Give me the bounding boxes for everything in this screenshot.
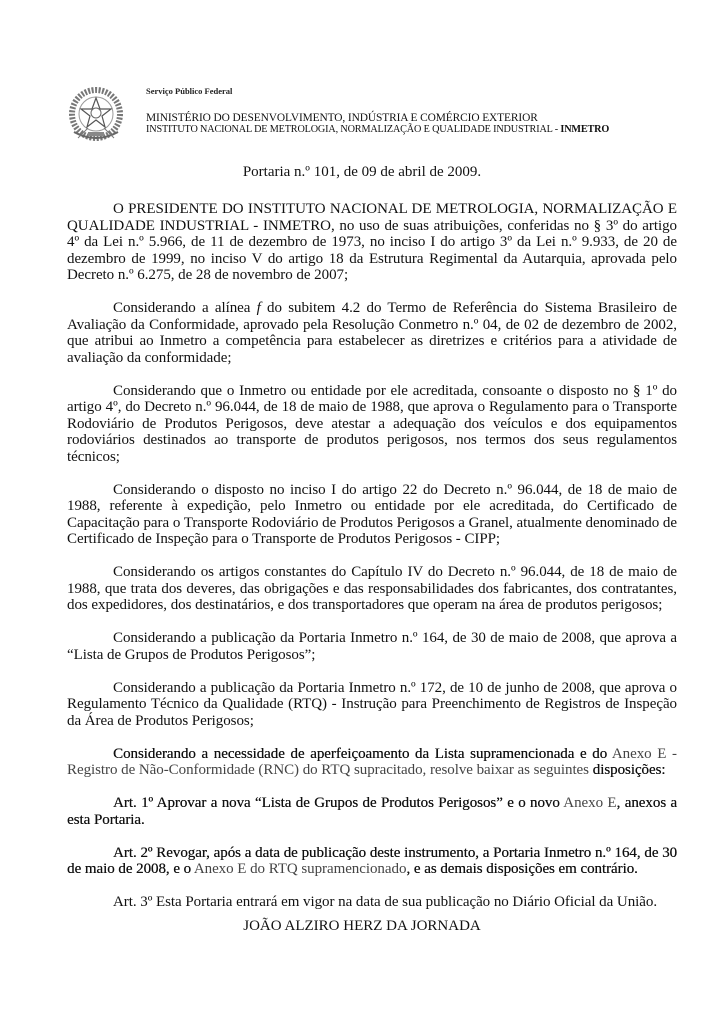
document-page: Serviço Público Federal MINISTÉRIO DO DE… [0, 0, 724, 1024]
considering-paragraph-4: Considerando os artigos constantes do Ca… [67, 564, 677, 614]
letterhead-text: Serviço Público Federal MINISTÉRIO DO DE… [146, 80, 609, 136]
letterhead: Serviço Público Federal MINISTÉRIO DO DE… [62, 80, 682, 152]
text-run: disposições: [593, 762, 666, 778]
signatory-name: JOÃO ALZIRO HERZ DA JORNADA [0, 918, 724, 935]
considering-paragraph-5: Considerando a publicação da Portaria In… [67, 630, 677, 663]
considering-paragraph-2: Considerando que o Inmetro ou entidade p… [67, 383, 677, 466]
considering-paragraph-1: Considerando a alínea f do subitem 4.2 d… [67, 300, 677, 366]
text-run: , e as demais disposições em contrário. [406, 861, 637, 877]
text-run: Considerando a necessidade de aperfeiçoa… [113, 746, 612, 762]
institute-name: INSTITUTO NACIONAL DE METROLOGIA, NORMAL… [146, 124, 609, 136]
preamble-paragraph: O PRESIDENTE DO INSTITUTO NACIONAL DE ME… [67, 201, 677, 284]
considering-paragraph-7: Considerando a necessidade de aperfeiçoa… [67, 746, 677, 779]
institute-full-name: INSTITUTO NACIONAL DE METROLOGIA, NORMAL… [146, 124, 560, 135]
ministry-name: MINISTÉRIO DO DESENVOLVIMENTO, INDÚSTRIA… [146, 112, 609, 124]
annex-reference: Anexo E do RTQ supramencionado [194, 861, 407, 877]
text-run: Considerando a alínea [113, 300, 257, 316]
institute-acronym: INMETRO [560, 124, 609, 135]
article-2: Art. 2º Revogar, após a data de publicaç… [67, 845, 677, 878]
brazil-coat-of-arms-icon [64, 84, 128, 148]
document-title: Portaria n.º 101, de 09 de abril de 2009… [0, 164, 724, 181]
considering-paragraph-3: Considerando o disposto no inciso I do a… [67, 482, 677, 548]
article-3: Art. 3º Esta Portaria entrará em vigor n… [67, 894, 677, 911]
considering-paragraph-6: Considerando a publicação da Portaria In… [67, 680, 677, 730]
text-run: Art. 1º Aprovar a nova “Lista de Grupos … [113, 795, 563, 811]
annex-reference: Anexo E [563, 795, 616, 811]
service-label: Serviço Público Federal [146, 86, 609, 96]
article-1: Art. 1º Aprovar a nova “Lista de Grupos … [67, 795, 677, 828]
document-body: O PRESIDENTE DO INSTITUTO NACIONAL DE ME… [67, 201, 677, 927]
